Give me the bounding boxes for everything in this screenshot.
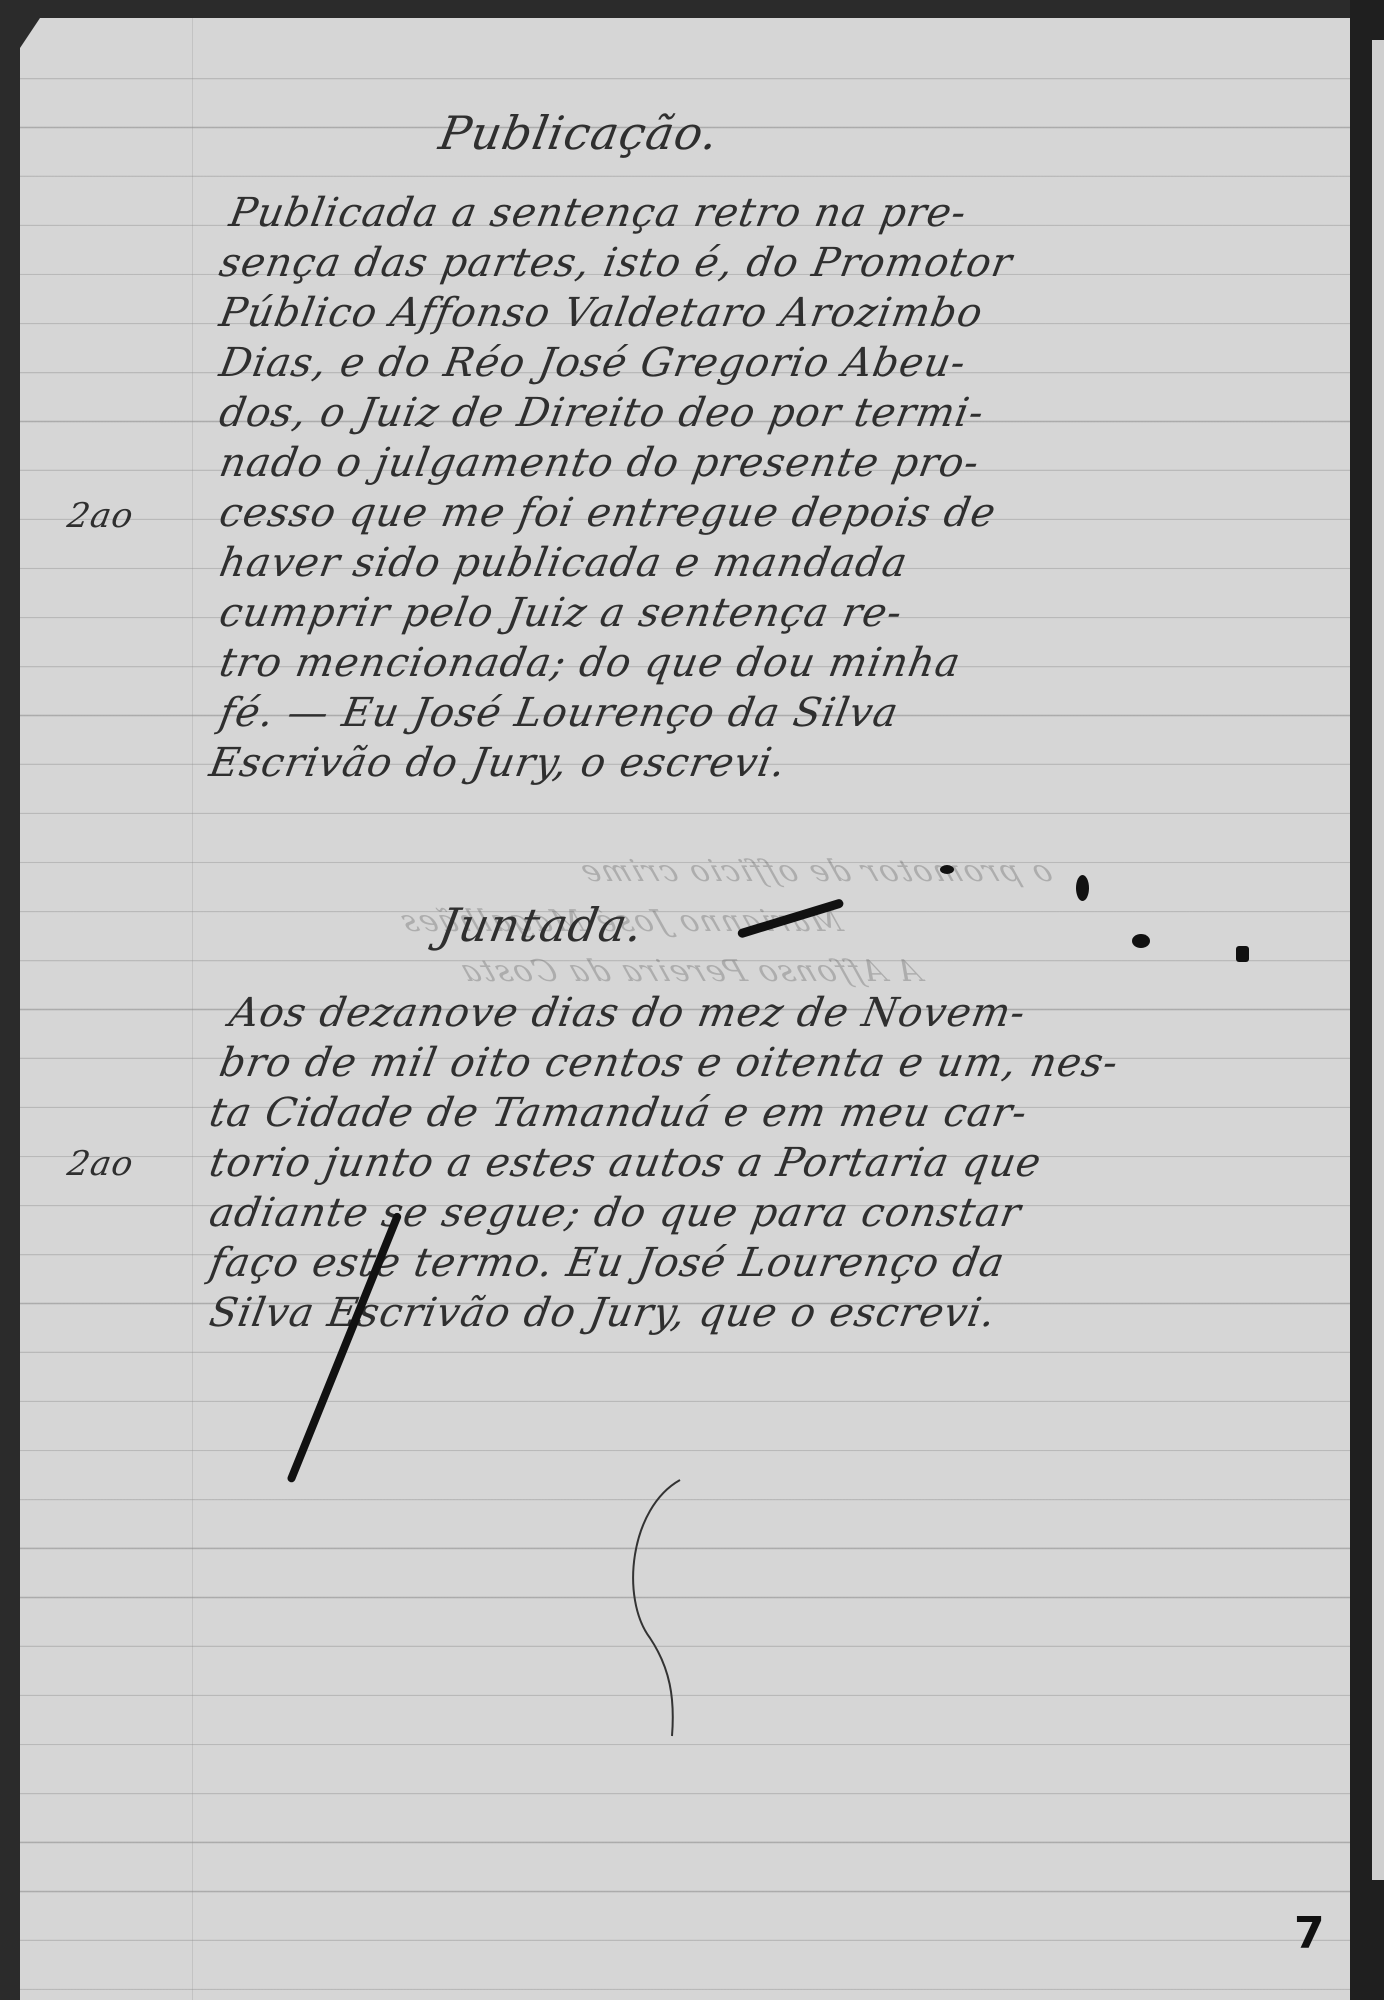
text-line: nado o julgamento do presente pro- (216, 440, 983, 486)
text-line: faço este termo. Eu José Lourenço da (206, 1240, 1009, 1286)
text-line: haver sido publicada e mandada (216, 540, 911, 586)
text-line: Publicada a sentença retro na pre- (226, 190, 970, 236)
text-line: bro de mil oito centos e oitenta e um, n… (216, 1040, 1122, 1086)
bleed-through-text: A Affonso Pereira da Costa (454, 954, 927, 989)
pen-squiggle (620, 1478, 700, 1738)
text-line: tro mencionada; do que dou minha (216, 640, 964, 686)
margin-note: 2ao (64, 496, 136, 536)
text-line: Silva Escrivão do Jury, que o escrevi. (206, 1290, 1000, 1336)
ink-blot (1236, 946, 1249, 962)
text-line: dos, o Juiz de Direito deo por termi- (216, 390, 988, 436)
text-line: Público Affonso Valdetaro Arozimbo (216, 290, 987, 336)
page-number: 7 (1294, 1908, 1325, 1959)
text-line: adiante se segue; do que para constar (206, 1190, 1025, 1236)
bleed-through-text: o promotor de officio crime (574, 854, 1058, 889)
ink-blot (1132, 934, 1150, 948)
text-line: Dias, e do Réo José Gregorio Abeu- (216, 340, 970, 386)
margin-rule (192, 18, 193, 2000)
text-line: cumprir pelo Juiz a sentença re- (216, 590, 906, 636)
text-line: Aos dezanove dias do mez de Novem- (226, 990, 1029, 1036)
text-line: torio junto a estes autos a Portaria que (206, 1140, 1045, 1186)
text-line: sença das partes, isto é, do Promotor (216, 240, 1016, 286)
text-line: Escrivão do Jury, o escrevi. (206, 740, 790, 786)
next-page-edge (1372, 40, 1384, 1880)
text-line: cesso que me foi entregue depois de (216, 490, 1000, 536)
text-line: fé. — Eu José Lourenço da Silva (216, 690, 902, 736)
text-line: ta Cidade de Tamanduá e em meu car- (206, 1090, 1031, 1136)
manuscript-page: o promotor de officio crime Marianno Jos… (20, 18, 1350, 2000)
margin-note: 2ao (64, 1144, 136, 1184)
ink-blot (1076, 875, 1089, 901)
section-heading-publicacao: Publicação. (435, 106, 723, 160)
section-heading-juntada: Juntada. (435, 898, 648, 952)
ink-blot (940, 865, 954, 874)
